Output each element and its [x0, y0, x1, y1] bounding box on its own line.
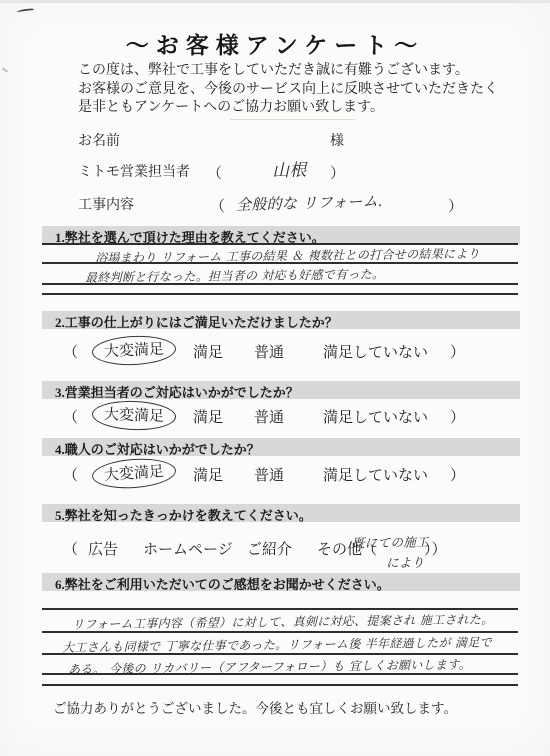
- paren-close: ）: [450, 341, 465, 362]
- scanned-survey-form: ～お客様アンケート～ この度は、弊社で工事をしていただき誠に有難うございます。 …: [0, 0, 550, 756]
- intro-line: この度は、弊社で工事をしていただき誠に有難うございます。: [78, 62, 498, 81]
- question-5-header: 5.弊社を知ったきっかけを教えてください。: [42, 504, 520, 522]
- scan-artifact: [230, 119, 355, 120]
- q4-option-normal: 普通: [254, 464, 284, 485]
- intro-line: お客様のご意見を、今後のサービス向上に反映させていただきたく: [78, 81, 498, 100]
- q4-option-very-satisfied-circled: 大変満足: [91, 456, 177, 491]
- sales-rep-value-handwriting: 山根: [272, 155, 307, 181]
- form-title: ～お客様アンケート～: [0, 27, 550, 60]
- footer-thanks-text: ご協力ありがとうございました。今後とも宜しくお願い致します。: [30, 697, 480, 717]
- q2-option-very-satisfied-circled: 大変満足: [91, 334, 176, 367]
- q4-option-not-satisfied: 満足していない: [323, 464, 428, 485]
- scan-artifact: [17, 8, 34, 14]
- q2-option-satisfied: 満足: [193, 341, 223, 362]
- ruled-line: [42, 684, 518, 686]
- ruled-line: [42, 293, 518, 295]
- paren-open: （: [207, 162, 222, 183]
- q5-other-handwriting-line2: により: [386, 553, 425, 571]
- paren-open: （: [63, 464, 78, 485]
- sales-rep-label: ミトモ営業担当者: [78, 161, 190, 181]
- scan-edge-artifact: [0, 0, 550, 3]
- q3-option-normal: 普通: [254, 406, 284, 427]
- question-1-header: 1.弊社を選んで頂けた理由を教えてください。: [42, 226, 520, 244]
- question-3-header: 3.営業担当者のご対応はいかがでしたか？: [42, 381, 520, 399]
- paren-open: （: [210, 195, 225, 216]
- intro-line: 是非ともアンケートへのご協力お願い致します。: [78, 99, 498, 118]
- q3-option-not-satisfied: 満足していない: [323, 406, 428, 427]
- q5-option-referral: ご紹介: [247, 538, 292, 559]
- paren-open: （: [63, 406, 78, 427]
- q2-option-normal: 普通: [254, 341, 284, 362]
- paren-open: （: [63, 538, 78, 559]
- paren-close: ）: [450, 464, 465, 485]
- q3-options-row: （ 大変満足 満足 普通 満足していない ）: [0, 404, 550, 430]
- ruled-line: [42, 608, 518, 610]
- q3-option-satisfied: 満足: [193, 406, 223, 427]
- paren-close: ）: [450, 406, 465, 427]
- q5-options-row: （ 広告 ホームページ ご紹介 その他（ ））: [0, 536, 550, 562]
- q2-options-row: （ 大変満足 満足 普通 満足していない ）: [0, 339, 550, 365]
- question-4-header: 4.職人のご対応はいかがでしたか？: [42, 438, 520, 456]
- q3-option-very-satisfied-circled: 大変満足: [92, 400, 177, 432]
- scan-artifact: [2, 67, 8, 72]
- paren-open: （: [63, 341, 78, 362]
- question-2-header: 2.工事の仕上がりにはご満足いただけましたか？: [42, 311, 520, 329]
- q4-option-satisfied: 満足: [193, 464, 223, 485]
- name-honorific: 様: [330, 130, 344, 150]
- q5-option-homepage: ホームページ: [143, 538, 233, 559]
- paren-close: ）: [448, 195, 463, 216]
- q4-options-row: （ 大変満足 満足 普通 満足していない ）: [0, 462, 550, 488]
- q5-option-advertisement: 広告: [88, 538, 118, 559]
- q6-answer-handwriting-line1: リフォーム工事内容（希望）に対して、真剣に対応、提案され 施工された。: [72, 610, 494, 632]
- intro-text: この度は、弊社で工事をしていただき誠に有難うございます。 お客様のご意見を、今後…: [78, 62, 498, 118]
- q5-other-handwriting-line1: 既にての施工: [352, 532, 429, 551]
- paren-close: ）: [330, 162, 345, 183]
- q1-answer-handwriting-line2: 最終判断と行なった。担当者の 対応も好感で有った。: [85, 265, 385, 286]
- work-content-label: 工事内容: [78, 194, 134, 214]
- work-content-value-handwriting: 全般的な リフォーム.: [236, 190, 384, 215]
- name-label: お名前: [78, 130, 120, 150]
- q2-option-not-satisfied: 満足していない: [323, 341, 428, 362]
- question-6-header: 6.弊社をご利用いただいてのご感想をお聞かせください。: [42, 573, 520, 591]
